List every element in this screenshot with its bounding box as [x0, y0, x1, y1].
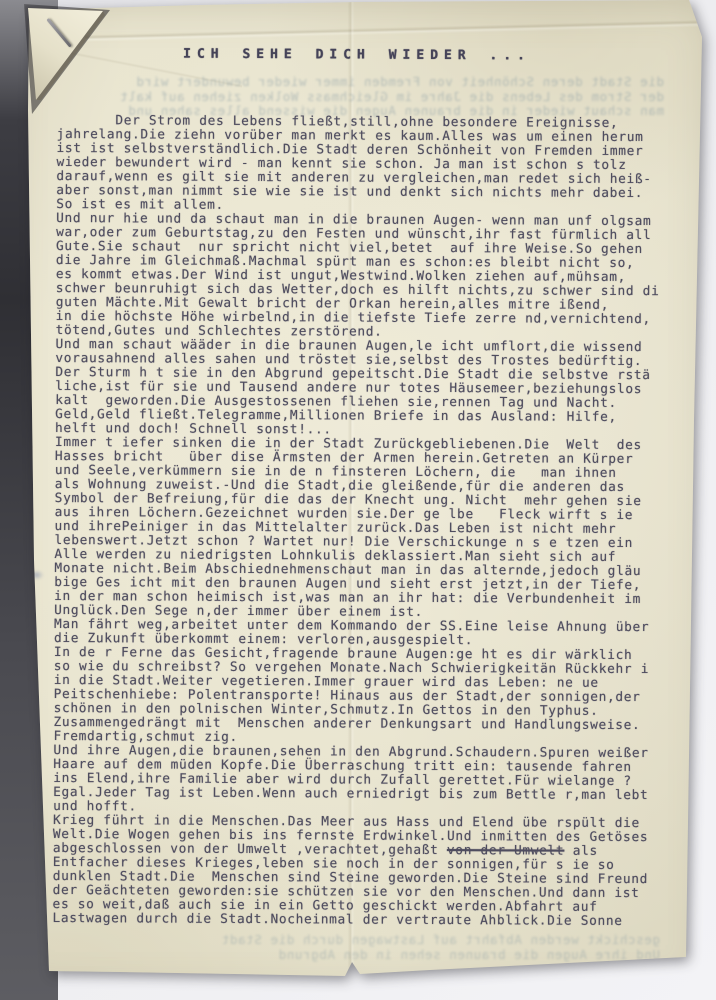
document-page-wrap: die Stadt deren Schönheit von Fremden im… [0, 0, 716, 1000]
text-line: Lastwagen durch die Stadt.Nocheinmal der… [52, 912, 656, 929]
ink-smudge [25, 658, 38, 667]
document-title: ICH SEHE DICH WIEDER ... [183, 47, 531, 64]
text-segment: als [564, 844, 598, 859]
photo-scene: die Stadt deren Schönheit von Fremden im… [0, 0, 716, 1000]
document-page: die Stadt deren Schönheit von Fremden im… [0, 0, 716, 1000]
typewriter-ink-layer: ICH SEHE DICH WIEDER ... Der Strom des L… [0, 0, 716, 1000]
typewritten-text: Der Strom des Lebens fließt,still,ohne b… [52, 114, 660, 929]
